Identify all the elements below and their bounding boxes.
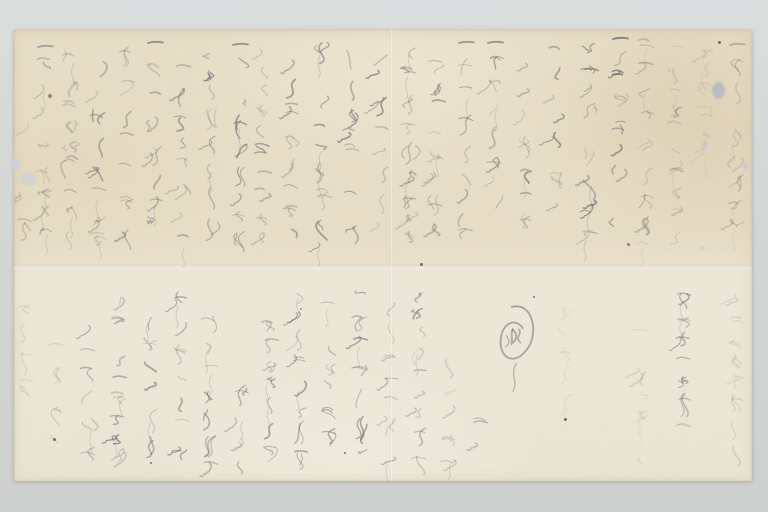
damage-patch — [700, 246, 705, 251]
damage-patch — [12, 158, 21, 170]
handwriting-layer — [14, 30, 752, 481]
ink-speck — [627, 243, 630, 246]
ink-speck — [48, 94, 52, 98]
photo-background — [0, 0, 768, 512]
ink-speck — [53, 438, 56, 441]
ink-speck — [718, 41, 721, 44]
vertical-fold-crease — [390, 30, 393, 481]
damage-patch — [702, 141, 708, 148]
ink-speck — [420, 263, 423, 266]
damage-patch — [20, 172, 36, 186]
horizontal-fold-crease — [14, 264, 752, 269]
damage-patch — [712, 82, 725, 99]
manuscript-paper — [14, 30, 752, 481]
damage-patch — [743, 162, 748, 170]
